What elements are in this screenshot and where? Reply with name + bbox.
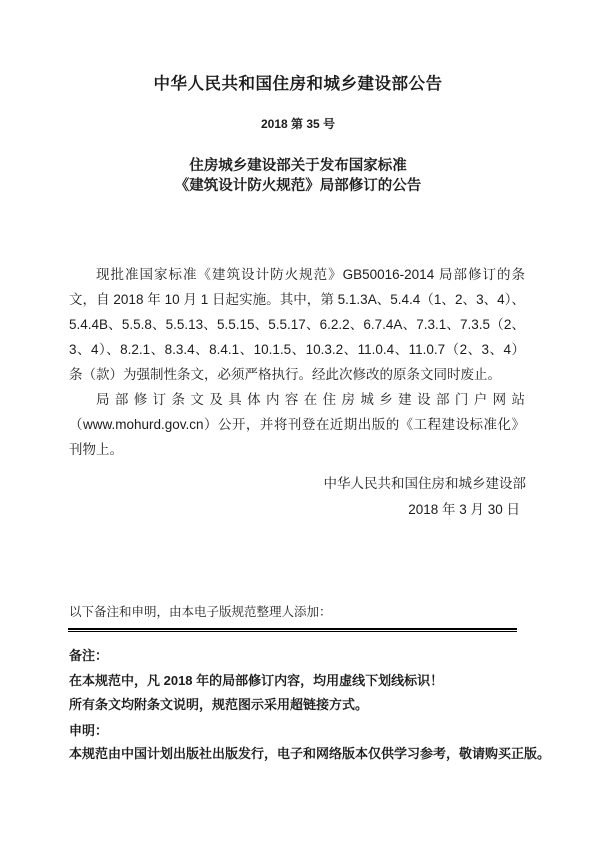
subtitle-line-1: 住房城乡建设部关于发布国家标准 bbox=[0, 156, 596, 176]
editor-note: 以下备注和申明，由本电子版规范整理人添加： bbox=[69, 604, 332, 620]
signature-date: 2018 年 3 月 30 日 bbox=[324, 497, 527, 523]
remark-line-1: 在本规范中，凡 2018 年的局部修订内容，均用虚线下划线标识！ bbox=[69, 672, 443, 690]
announcement-document-page: 中华人民共和国住房和城乡建设部公告 2018 第 35 号 住房城乡建设部关于发… bbox=[0, 0, 596, 842]
signature-issuer: 中华人民共和国住房和城乡建设部 bbox=[324, 471, 527, 497]
signature-block: 中华人民共和国住房和城乡建设部 2018 年 3 月 30 日 bbox=[324, 471, 527, 523]
body-text: 现批准国家标准《建筑设计防火规范》GB50016-2014 局部修订的条文，自 … bbox=[69, 262, 525, 462]
page-title: 中华人民共和国住房和城乡建设部公告 bbox=[0, 74, 596, 94]
body-paragraph-1: 现批准国家标准《建筑设计防火规范》GB50016-2014 局部修订的条文，自 … bbox=[69, 262, 525, 387]
body-paragraph-2: 局部修订条文及具体内容在住房城乡建设部门户网站（www.mohurd.gov.c… bbox=[69, 387, 525, 462]
remark-line-2: 所有条文均附条文说明，规范图示采用超链接方式。 bbox=[69, 696, 368, 714]
subtitle-line-2: 《建筑设计防火规范》局部修订的公告 bbox=[0, 176, 596, 196]
statement-line-1: 本规范由中国计划出版社出版发行，电子和网络版本仅供学习参考，敬请购买正版。 bbox=[69, 745, 550, 763]
document-subtitle: 住房城乡建设部关于发布国家标准 《建筑设计防火规范》局部修订的公告 bbox=[0, 156, 596, 196]
remark-label: 备注： bbox=[69, 647, 108, 665]
document-number: 2018 第 35 号 bbox=[0, 117, 596, 132]
separator-rule bbox=[68, 628, 517, 632]
statement-label: 申明： bbox=[69, 722, 108, 740]
